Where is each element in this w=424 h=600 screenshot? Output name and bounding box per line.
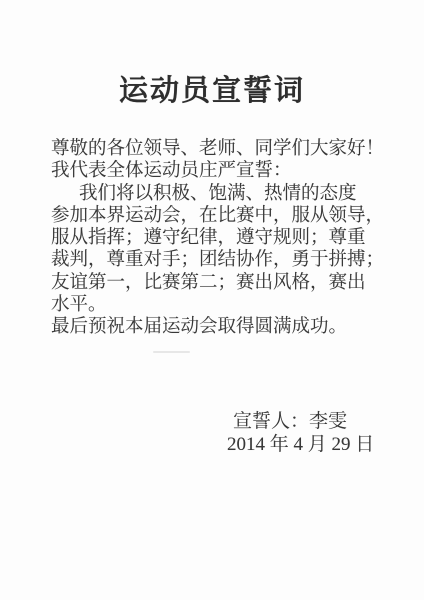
- oath-line: 我们将以积极、饱满、热情的态度: [51, 183, 384, 205]
- oath-line: 友谊第一，比赛第二；赛出风格，赛出: [51, 272, 384, 294]
- oath-line: 裁判，尊重对手；团结协作，勇于拼搏；: [51, 249, 384, 271]
- oath-line: 我代表全体运动员庄严宣誓：: [51, 160, 384, 182]
- scan-smudge-artifact: [153, 351, 190, 353]
- oath-line: 参加本界运动会，在比赛中，服从领导，: [51, 205, 384, 227]
- document-title: 运动员宣誓词: [0, 68, 424, 109]
- oath-line: 水平。: [51, 294, 384, 316]
- scanned-document-page: 运动员宣誓词 尊敬的各位领导、老师、同学们大家好！ 我代表全体运动员庄严宣誓： …: [0, 0, 424, 600]
- oath-line: 尊敬的各位领导、老师、同学们大家好！: [51, 138, 384, 160]
- date-line: 2014 年 4 月 29 日: [227, 429, 374, 456]
- oath-line: 最后预祝本届运动会取得圆满成功。: [51, 316, 384, 338]
- oath-line: 服从指挥；遵守纪律，遵守规则；尊重: [51, 227, 384, 249]
- oath-body: 尊敬的各位领导、老师、同学们大家好！ 我代表全体运动员庄严宣誓： 我们将以积极、…: [51, 138, 384, 339]
